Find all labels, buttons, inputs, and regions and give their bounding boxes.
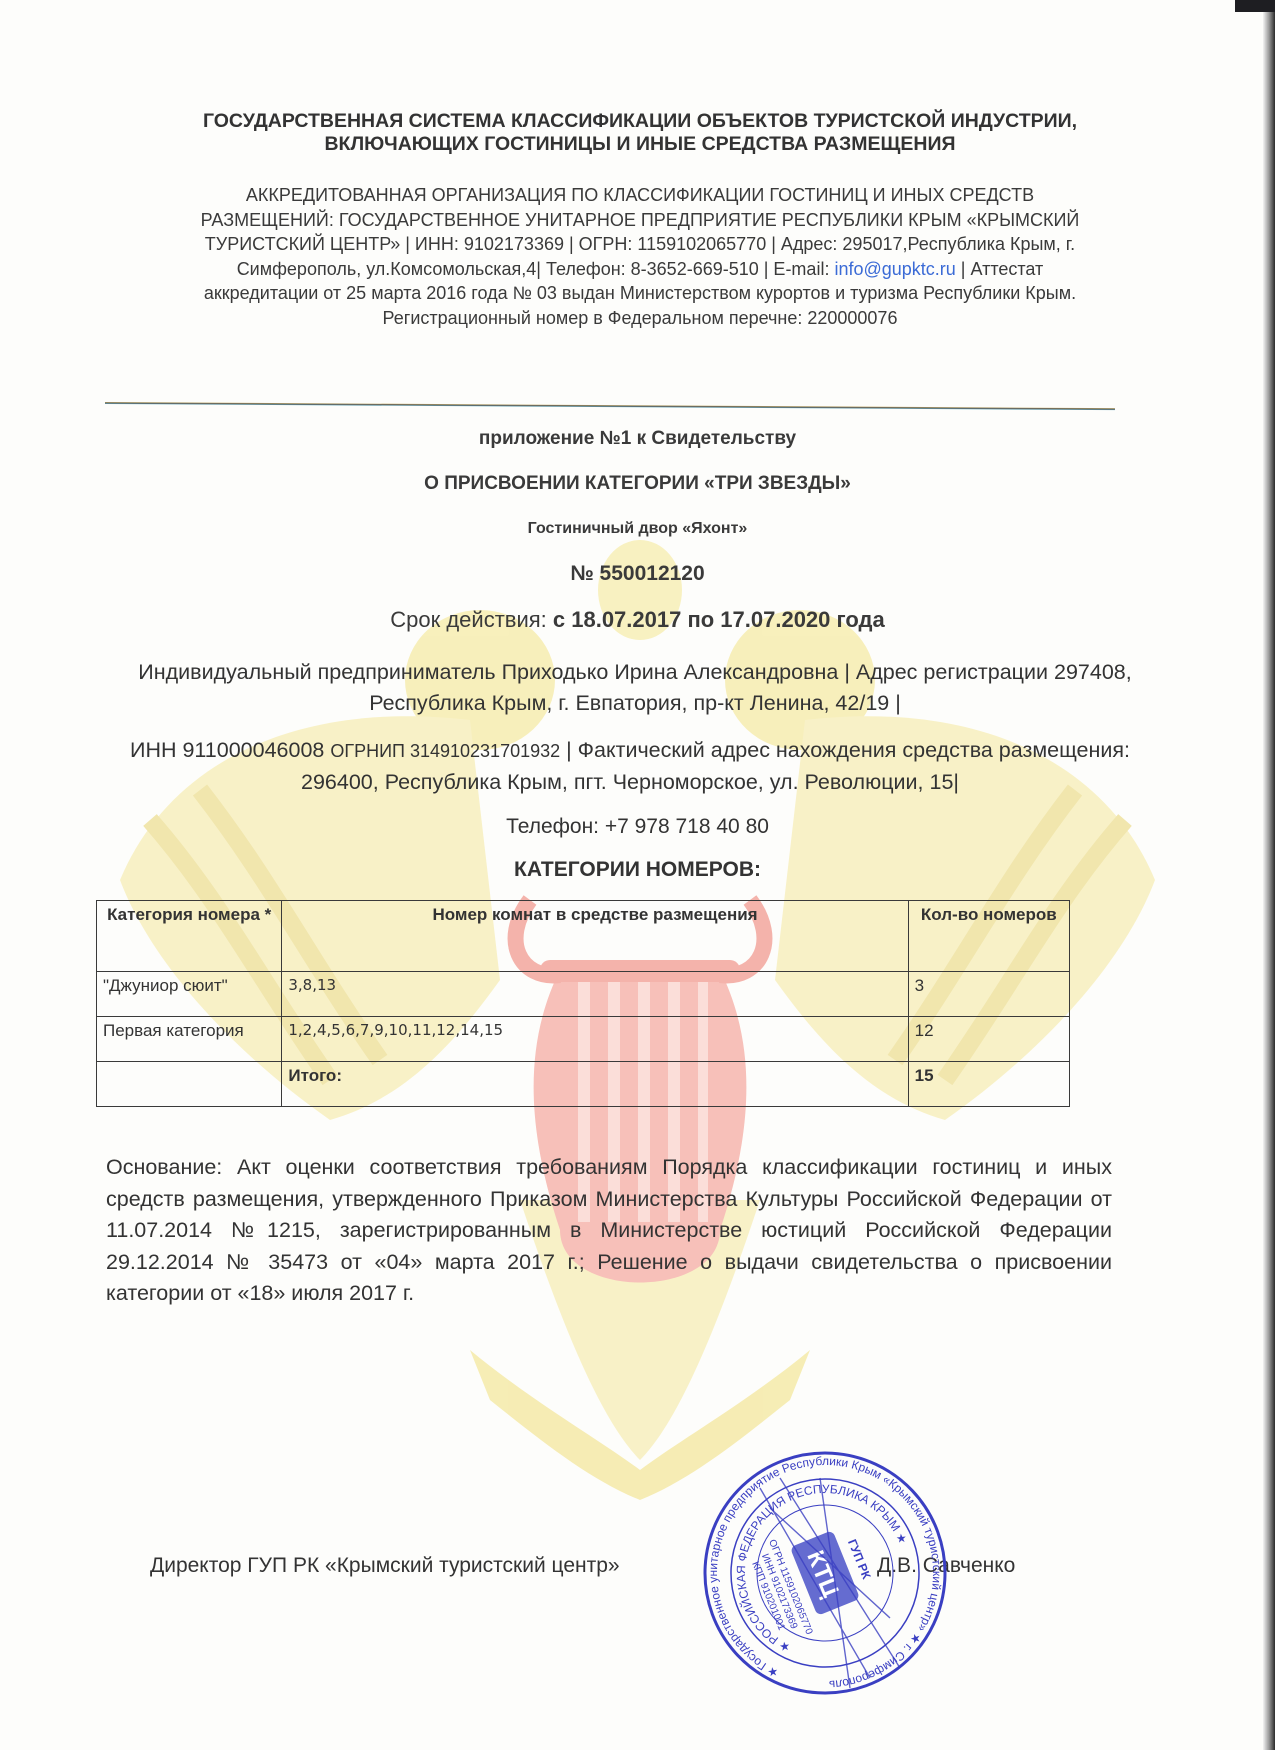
basis-paragraph: Основание: Акт оценки соответствия требо… [106, 1152, 1112, 1310]
total-label: Итого: [282, 1062, 908, 1107]
cell-category: Первая категория [97, 1017, 282, 1062]
table-row: "Джуниор сюит" 3,8,13 3 [97, 972, 1070, 1017]
column-header-count: Кол-во номеров [908, 901, 1069, 972]
table-header-row: Категория номера * Номер комнат в средст… [97, 901, 1070, 972]
category-assignment-title: О ПРИСВОЕНИИ КАТЕГОРИИ «ТРИ ЗВЕЗДЫ» [0, 473, 1275, 495]
room-categories-title: КАТЕГОРИИ НОМЕРОВ: [0, 858, 1275, 882]
hotel-name: Гостиничный двор «Яхонт» [0, 520, 1275, 538]
owner-phone: Телефон: +7 978 718 40 80 [0, 815, 1275, 839]
room-categories-table: Категория номера * Номер комнат в средст… [96, 900, 1070, 1107]
cell-rooms: 1,2,4,5,6,7,9,10,11,12,14,15 [282, 1017, 908, 1062]
owner-tax-and-address: ИНН 911000046008 ОГРНИП 314910231701932 … [100, 735, 1160, 798]
cell-empty [97, 1062, 282, 1107]
owner-ogrnip: ОГРНИП 314910231701932 [330, 741, 560, 761]
cell-count: 3 [908, 972, 1069, 1017]
validity-dates: с 18.07.2017 по 17.07.2020 года [553, 607, 885, 632]
system-title: ГОСУДАРСТВЕННАЯ СИСТЕМА КЛАССИФИКАЦИИ ОБ… [200, 110, 1080, 156]
header-divider [105, 402, 1115, 410]
cell-rooms: 3,8,13 [282, 972, 908, 1017]
cell-count: 12 [908, 1017, 1069, 1062]
total-value: 15 [908, 1062, 1069, 1107]
official-stamp-seal: ★ Государственное унитарное предприятие … [700, 1448, 950, 1698]
column-header-rooms: Номер комнат в средстве размещения [282, 901, 908, 972]
table-total-row: Итого: 15 [97, 1062, 1070, 1107]
certificate-number: № 550012120 [0, 562, 1275, 586]
validity-label: Срок действия: [390, 607, 553, 632]
accredited-organization-info: АККРЕДИТОВАННАЯ ОРГАНИЗАЦИЯ ПО КЛАССИФИК… [200, 183, 1080, 330]
column-header-category: Категория номера * [97, 901, 282, 972]
cell-category: "Джуниор сюит" [97, 972, 282, 1017]
page-corner-shadow [1235, 0, 1275, 12]
email-link[interactable]: info@gupktc.ru [834, 259, 955, 279]
table-row: Первая категория 1,2,4,5,6,7,9,10,11,12,… [97, 1017, 1070, 1062]
owner-inn: ИНН 911000046008 [130, 738, 330, 762]
owner-registration: Индивидуальный предприниматель Приходько… [110, 657, 1160, 719]
appendix-title: приложение №1 к Свидетельству [0, 428, 1275, 450]
validity-period: Срок действия: с 18.07.2017 по 17.07.202… [0, 607, 1275, 633]
signatory-position: Директор ГУП РК «Крымский туристский цен… [150, 1554, 620, 1578]
